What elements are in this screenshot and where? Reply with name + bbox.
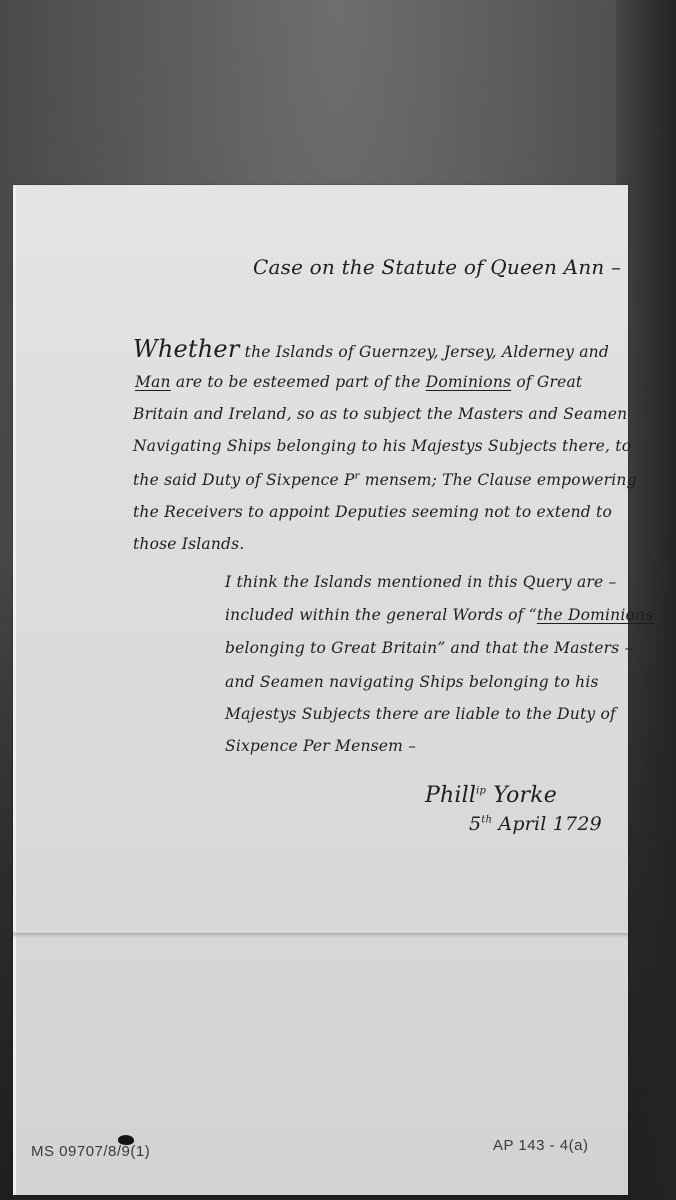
query-line-5-pre: the said Duty of Sixpence P — [133, 471, 355, 489]
archive-reference-left: MS 09707/8/9(1) — [31, 1143, 150, 1160]
signature-first: Phill — [425, 783, 476, 808]
query-line-3-text: Britain and Ireland, so as to subject th… — [133, 405, 627, 423]
opinion-line-5: Majestys Subjects there are liable to th… — [225, 707, 616, 723]
manuscript-page: Case on the Statute of Queen Ann – Wheth… — [13, 185, 628, 1195]
query-line-5: the said Duty of Sixpence Pr mensem; The… — [133, 472, 637, 489]
opinion-line-6-text: Sixpence Per Mensem – — [225, 737, 416, 755]
opinion-line-4-text: and Seamen navigating Ships belonging to… — [225, 673, 599, 691]
archive-reference-right: AP 143 - 4(a) — [493, 1137, 588, 1154]
query-lead-word: Whether — [133, 335, 240, 363]
query-term-man: Man — [135, 373, 171, 391]
query-line-3: Britain and Ireland, so as to subject th… — [133, 407, 627, 423]
signature-sup: ip — [476, 786, 486, 797]
opinion-line-4: and Seamen navigating Ships belonging to… — [225, 675, 599, 691]
date-sup: th — [481, 815, 492, 826]
signature-last: Yorke — [486, 783, 557, 808]
query-line-4-text: Navigating Ships belonging to his Majest… — [133, 437, 631, 455]
fold-crease — [13, 931, 628, 937]
opinion-line-3: belonging to Great Britain” and that the… — [225, 641, 632, 657]
signature: Phillip Yorke — [425, 783, 557, 808]
opinion-line-6: Sixpence Per Mensem – — [225, 739, 416, 755]
query-line-2-post: of Great — [511, 373, 582, 391]
query-line-6: the Receivers to appoint Deputies seemin… — [133, 505, 612, 521]
opinion-term-dominions: the Dominions — [537, 606, 654, 624]
date-rest: April 1729 — [492, 813, 602, 835]
query-line-5-post: mensem; The Clause empowering — [360, 471, 637, 489]
opinion-line-3-text: belonging to Great Britain” and that the… — [225, 639, 632, 657]
date-day: 5 — [469, 813, 481, 835]
query-line-7-text: those Islands. — [133, 535, 244, 553]
query-term-dominions: Dominions — [426, 373, 511, 391]
opinion-line-2: included within the general Words of “th… — [225, 608, 653, 624]
query-line-2: Man are to be esteemed part of the Domin… — [135, 375, 582, 391]
query-line-6-text: the Receivers to appoint Deputies seemin… — [133, 503, 612, 521]
query-line-1-text: the Islands of Guernzey, Jersey, Alderne… — [240, 343, 609, 361]
opinion-line-1-text: I think the Islands mentioned in this Qu… — [225, 573, 616, 591]
document-title: Case on the Statute of Queen Ann – — [253, 255, 621, 279]
query-line-4: Navigating Ships belonging to his Majest… — [133, 439, 631, 455]
opinion-line-5-text: Majestys Subjects there are liable to th… — [225, 705, 616, 723]
query-line-2-pre: are to be esteemed part of the — [171, 373, 426, 391]
opinion-line-2-pre: included within the general Words of “ — [225, 606, 537, 624]
query-line-1: Whether the Islands of Guernzey, Jersey,… — [133, 337, 609, 361]
opinion-line-1: I think the Islands mentioned in this Qu… — [225, 575, 616, 591]
query-line-7: those Islands. — [133, 537, 244, 553]
signature-date: 5th April 1729 — [469, 813, 602, 835]
